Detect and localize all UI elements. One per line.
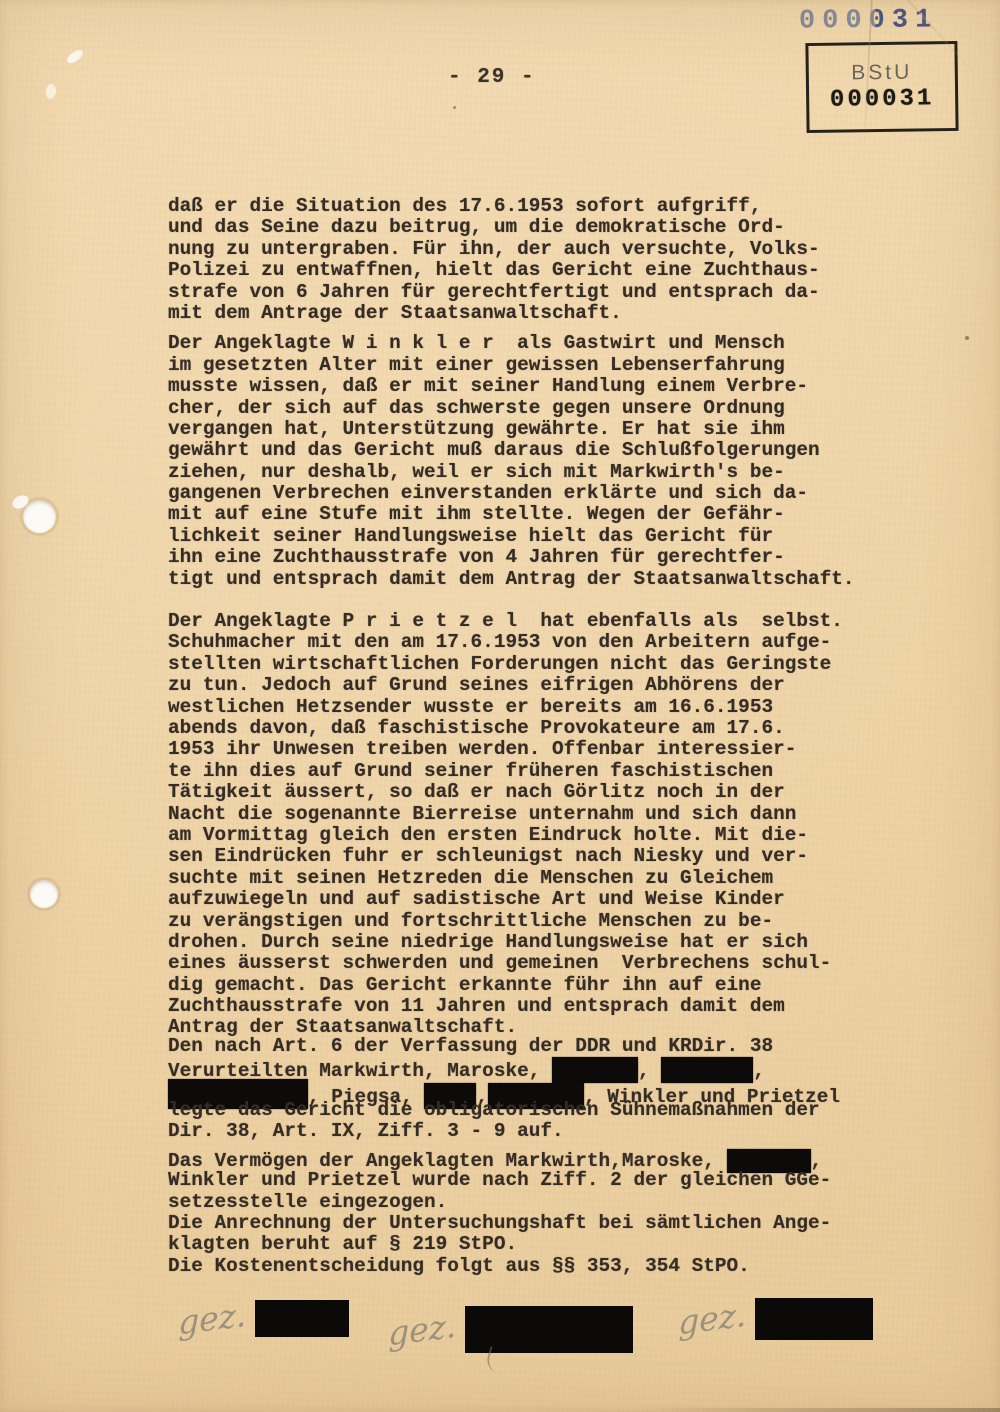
bstu-stamp: BStU 000031 (805, 41, 958, 133)
text-run: daß er die Situation des 17.6.1953 sofor… (168, 195, 761, 217)
text-line: Der Angeklagte P r i e t z e l hat ebenf… (168, 611, 928, 632)
text-run: suchte mit seinen Hetzreden die Menschen… (168, 867, 773, 889)
text-line: Dir. 38, Art. IX, Ziff. 3 - 9 auf. (168, 1121, 928, 1142)
text-line: Winkler und Prietzel wurde nach Ziff. 2 … (168, 1170, 928, 1191)
text-run: Schuhmacher mit den am 17.6.1953 von den… (168, 631, 831, 653)
text-line: am Vormittag gleich den ersten Eindruck … (168, 825, 928, 846)
text-run: Winkler und Prietzel wurde nach Ziff. 2 … (168, 1169, 831, 1191)
text-run: westlichen Hetzsender wusste er bereits … (168, 696, 773, 718)
text-line: , Piegsa, ,, Winkler und Prietzel (168, 1079, 928, 1100)
text-line: Polizei zu entwaffnen, hielt das Gericht… (168, 260, 928, 281)
paragraph: daß er die Situation des 17.6.1953 sofor… (168, 196, 928, 324)
text-line: mit auf eine Stufe mit ihm stellte. Wege… (168, 504, 928, 525)
text-line: mit dem Antrage der Staatsanwaltschaft. (168, 303, 928, 324)
text-line: legte das Gericht die obligatorischen Sü… (168, 1100, 928, 1121)
text-line: Die Anrechnung der Untersuchungshaft bei… (168, 1213, 928, 1234)
text-run: klagten beruht auf § 219 StPO. (168, 1233, 517, 1255)
text-line: Der Angeklagte W i n k l e r als Gastwir… (168, 333, 928, 354)
text-line: vergangen hat, Unterstützung gewährte. E… (168, 419, 928, 440)
text-run: Der Angeklagte W i n k l e r als Gastwir… (168, 332, 785, 354)
text-line: Den nach Art. 6 der Verfassung der DDR u… (168, 1036, 928, 1057)
text-line: daß er die Situation des 17.6.1953 sofor… (168, 196, 928, 217)
text-run: ihn eine Zuchthausstrafe von 4 Jahren fü… (168, 546, 785, 568)
text-run: mit dem Antrage der Staatsanwaltschaft. (168, 302, 622, 324)
text-run: cher, der sich auf das schwerste gegen u… (168, 397, 785, 419)
text-line: ziehen, nur deshalb, weil er sich mit Ma… (168, 462, 928, 483)
signature: gez. (678, 1298, 873, 1340)
text-run: Die Anrechnung der Untersuchungshaft bei… (168, 1212, 831, 1234)
text-run: mit auf eine Stufe mit ihm stellte. Wege… (168, 503, 785, 525)
text-line: musste wissen, daß er mit seiner Handlun… (168, 376, 928, 397)
text-run: aufzuwiegeln und auf sadistische Art und… (168, 888, 785, 910)
text-line: drohen. Durch seine niedrige Handlungswe… (168, 932, 928, 953)
text-run: vergangen hat, Unterstützung gewährte. E… (168, 418, 785, 440)
signature-prefix: gez. (388, 1308, 456, 1351)
paper-speck (45, 83, 58, 100)
redaction-bar (255, 1300, 349, 1337)
text-run: nung zu untergraben. Für ihn, der auch v… (168, 238, 820, 260)
text-line: Das Vermögen der Angeklagten Markwirth,M… (168, 1149, 928, 1170)
text-line: abends davon, daß faschistische Provokat… (168, 718, 928, 739)
text-line: klagten beruht auf § 219 StPO. (168, 1234, 928, 1255)
punch-hole (30, 880, 58, 908)
punch-hole (23, 500, 56, 533)
text-run: eines äusserst schwerden und gemeinen Ve… (168, 952, 831, 974)
signature: gez. (388, 1306, 633, 1353)
text-line: dig gemacht. Das Gericht erkannte führ i… (168, 975, 928, 996)
text-line: suchte mit seinen Hetzreden die Menschen… (168, 868, 928, 889)
paragraph: Der Angeklagte P r i e t z e l hat ebenf… (168, 611, 928, 1039)
text-run: lichkeit seiner Handlungsweise hielt das… (168, 525, 773, 547)
text-run: setzesstelle eingezogen. (168, 1191, 447, 1213)
text-line: Schuhmacher mit den am 17.6.1953 von den… (168, 632, 928, 653)
text-line: Die Kostenentscheidung folgt aus §§ 353,… (168, 1256, 928, 1277)
paragraph: Den nach Art. 6 der Verfassung der DDR u… (168, 1036, 928, 1143)
text-run: zu tun. Jedoch auf Grund seines eifrigen… (168, 674, 785, 696)
text-run: stellten wirtschaftlichen Forderungen ni… (168, 653, 831, 675)
text-line: 1953 ihr Unwesen treiben werden. Offenba… (168, 739, 928, 760)
text-run: te ihn dies auf Grund seiner früheren fa… (168, 760, 773, 782)
text-line: stellten wirtschaftlichen Forderungen ni… (168, 654, 928, 675)
text-line: eines äusserst schwerden und gemeinen Ve… (168, 953, 928, 974)
text-line: Verurteilten Markwirth, Maroske, , , (168, 1057, 928, 1078)
bstu-stamp-label: BStU (851, 61, 912, 84)
redaction-bar (755, 1298, 873, 1340)
text-run: zu verängstigen und fortschrittliche Men… (168, 910, 773, 932)
text-line: tigt und entsprach damit dem Antrag der … (168, 569, 928, 590)
page-number: - 29 - (448, 66, 536, 90)
text-run: drohen. Durch seine niedrige Handlungswe… (168, 931, 808, 953)
text-line: ihn eine Zuchthausstrafe von 4 Jahren fü… (168, 547, 928, 568)
text-line: setzesstelle eingezogen. (168, 1192, 928, 1213)
text-line: te ihn dies auf Grund seiner früheren fa… (168, 761, 928, 782)
text-line: Nacht die sogenannte Bierreise unternahm… (168, 804, 928, 825)
text-run: am Vormittag gleich den ersten Eindruck … (168, 824, 808, 846)
paragraph: Das Vermögen der Angeklagten Markwirth,M… (168, 1149, 928, 1277)
text-run: gangenen Verbrechen einverstanden erklär… (168, 482, 808, 504)
text-run: strafe von 6 Jahren für gerechtfertigt u… (168, 281, 820, 303)
text-run: Dir. 38, Art. IX, Ziff. 3 - 9 auf. (168, 1120, 564, 1142)
signature: gez. (178, 1300, 349, 1337)
text-line: gewährt und das Gericht muß daraus die S… (168, 440, 928, 461)
document-body: daß er die Situation des 17.6.1953 sofor… (168, 196, 928, 1277)
text-run: musste wissen, daß er mit seiner Handlun… (168, 375, 808, 397)
text-line: Tätigkeit äussert, so daß er nach Görlit… (168, 782, 928, 803)
text-run: Die Kostenentscheidung folgt aus §§ 353,… (168, 1255, 750, 1277)
scanned-document-page: - 29 - 000031 BStU 000031 daß er die Sit… (0, 0, 1000, 1412)
text-run: im gesetzten Alter mit einer gewissen Le… (168, 354, 785, 376)
text-line: Zuchthausstrafe von 11 Jahren und entspr… (168, 996, 928, 1017)
text-run: Der Angeklagte P r i e t z e l hat ebenf… (168, 610, 843, 632)
ink-speck (453, 106, 456, 109)
text-run: und das Seine dazu beitrug, um die demok… (168, 216, 785, 238)
text-run: Tätigkeit äussert, so daß er nach Görlit… (168, 781, 785, 803)
text-line: gangenen Verbrechen einverstanden erklär… (168, 483, 928, 504)
paragraph: Der Angeklagte W i n k l e r als Gastwir… (168, 333, 928, 590)
text-line: zu verängstigen und fortschrittliche Men… (168, 911, 928, 932)
text-run: Polizei zu entwaffnen, hielt das Gericht… (168, 259, 820, 281)
text-run: dig gemacht. Das Gericht erkannte führ i… (168, 974, 761, 996)
text-line: westlichen Hetzsender wusste er bereits … (168, 697, 928, 718)
signature-prefix: gez. (678, 1298, 746, 1341)
text-run: legte das Gericht die obligatorischen Sü… (168, 1099, 820, 1121)
text-run: sen Eindrücken fuhr er schleunigst nach … (168, 845, 808, 867)
text-run: Nacht die sogenannte Bierreise unternahm… (168, 803, 796, 825)
text-run: ziehen, nur deshalb, weil er sich mit Ma… (168, 461, 785, 483)
text-line: lichkeit seiner Handlungsweise hielt das… (168, 526, 928, 547)
text-run: abends davon, daß faschistische Provokat… (168, 717, 785, 739)
signature-prefix: gez. (178, 1297, 246, 1340)
text-line: zu tun. Jedoch auf Grund seines eifrigen… (168, 675, 928, 696)
text-line: aufzuwiegeln und auf sadistische Art und… (168, 889, 928, 910)
text-run: Den nach Art. 6 der Verfassung der DDR u… (168, 1035, 773, 1057)
bstu-stamp-number: 000031 (830, 86, 935, 113)
text-line: nung zu untergraben. Für ihn, der auch v… (168, 239, 928, 260)
text-run: tigt und entsprach damit dem Antrag der … (168, 568, 855, 590)
text-run: gewährt und das Gericht muß daraus die S… (168, 439, 820, 461)
scan-edge-shadow (640, 1408, 1000, 1412)
text-line: und das Seine dazu beitrug, um die demok… (168, 217, 928, 238)
text-line: cher, der sich auf das schwerste gegen u… (168, 398, 928, 419)
text-line: strafe von 6 Jahren für gerechtfertigt u… (168, 282, 928, 303)
text-run: Zuchthausstrafe von 11 Jahren und entspr… (168, 995, 785, 1017)
text-line: im gesetzten Alter mit einer gewissen Le… (168, 355, 928, 376)
paper-speck (65, 47, 85, 65)
ink-speck (965, 336, 969, 340)
text-run: 1953 ihr Unwesen treiben werden. Offenba… (168, 738, 796, 760)
text-line: sen Eindrücken fuhr er schleunigst nach … (168, 846, 928, 867)
